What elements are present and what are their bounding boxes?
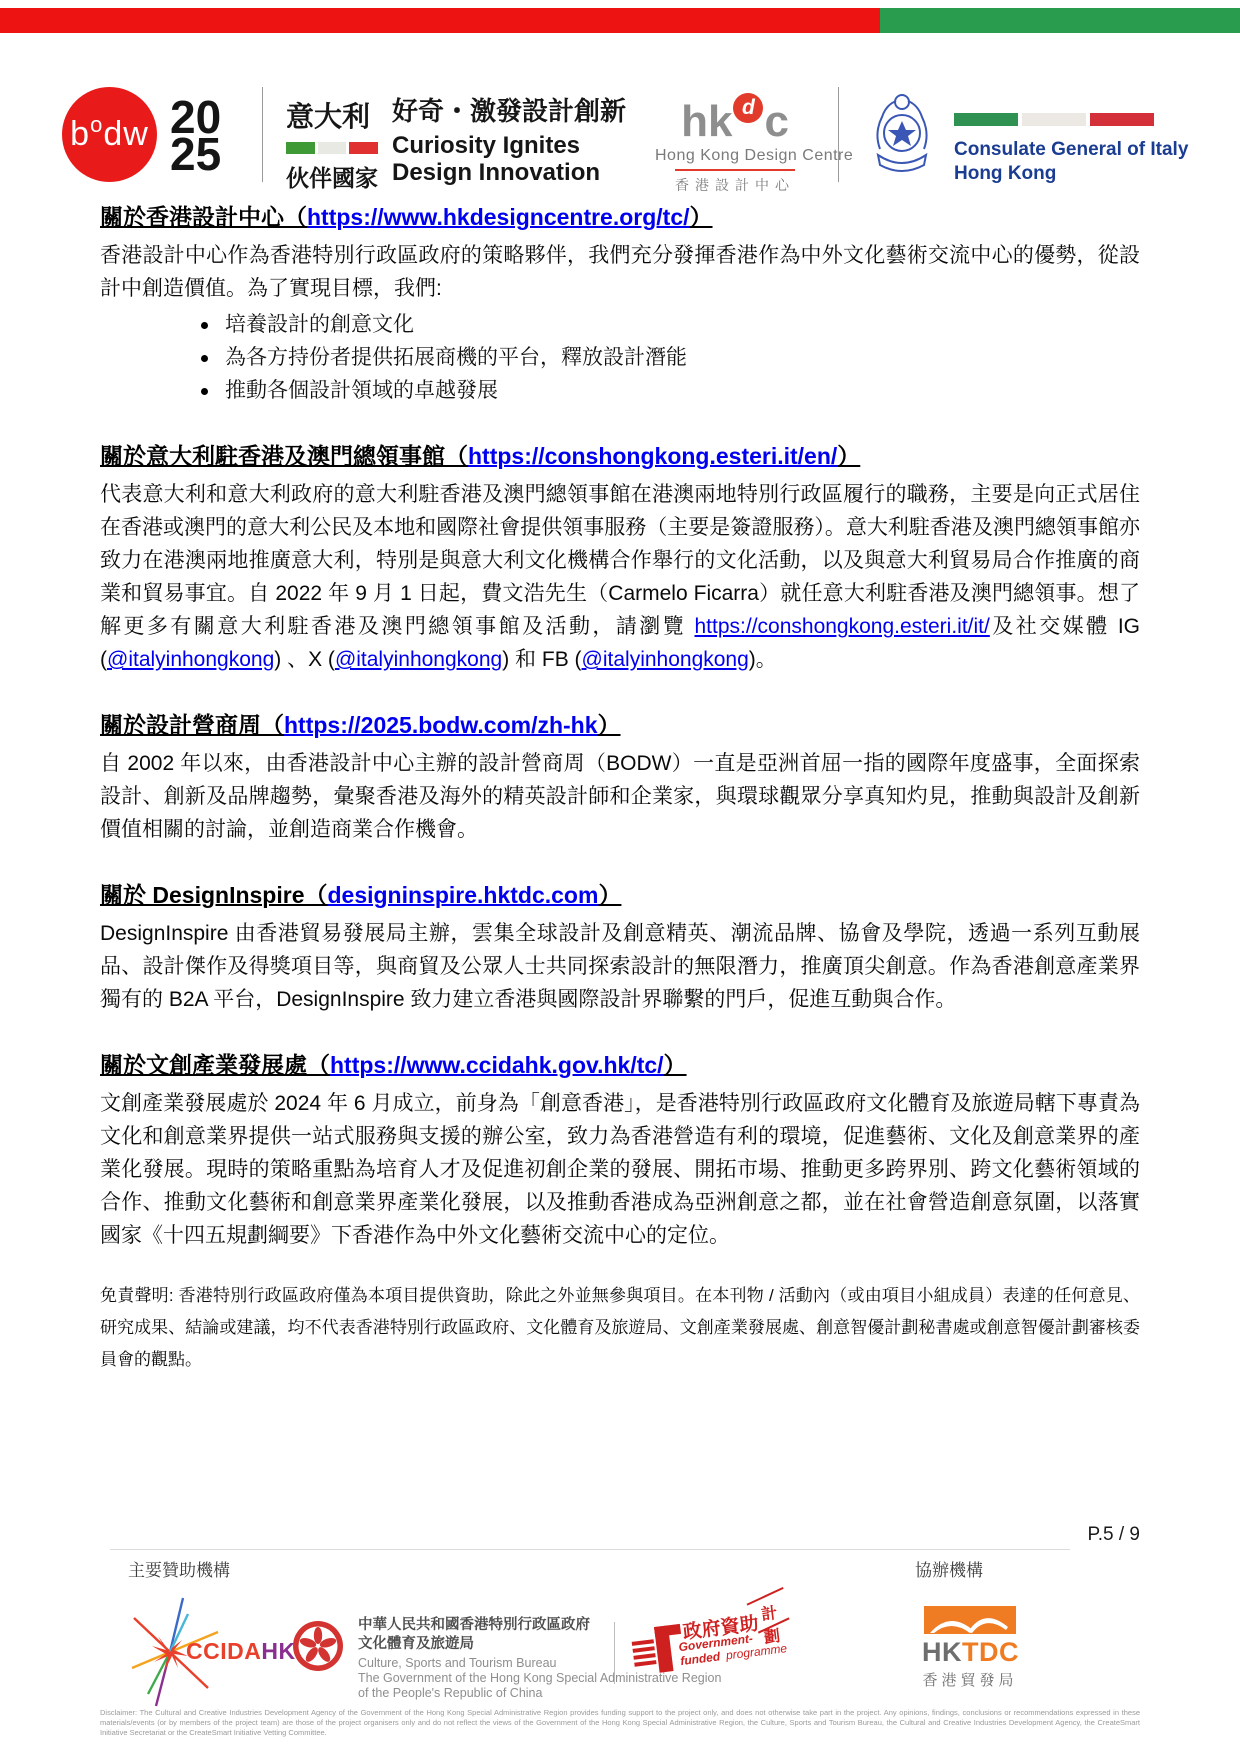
tagline-zh: 好奇・激發設計創新 (392, 91, 626, 128)
bullet-text: 培養設計的創意文化 (225, 308, 414, 341)
english-disclaimer: Disclaimer: The Cultural and Creative In… (100, 1708, 1140, 1738)
bullet-list: 培養設計的創意文化 為各方持份者提供拓展商機的平台，釋放設計潛能 推動各個設計領… (100, 308, 1140, 407)
ccida-wordmark: CCIDAHK (186, 1638, 296, 1665)
consulate-text-block: Consulate General of Italy Hong Kong (954, 89, 1188, 186)
list-item: 為各方持份者提供拓展商機的平台，釋放設計潛能 (100, 341, 1140, 374)
section-heading: 關於設計營商周（https://2025.bodw.com/zh-hk） (100, 710, 1140, 740)
consulate-it-link[interactable]: https://conshongkong.esteri.it/it/ (695, 615, 990, 638)
designinspire-link[interactable]: designinspire.hktdc.com (327, 882, 598, 908)
header-divider (838, 87, 839, 182)
bodw-logo-icon: bodw (62, 87, 157, 182)
bullet-icon (201, 322, 208, 329)
consulate-link[interactable]: https://conshongkong.esteri.it/en/ (468, 443, 837, 469)
consulate-logo: Consulate General of Italy Hong Kong (866, 89, 1188, 186)
section-consulate: 關於意大利駐香港及澳門總領事館（https://conshongkong.est… (100, 441, 1140, 676)
partner-country-label: 伙伴國家 (286, 160, 381, 193)
co-organiser-label: 協辦機構 (915, 1556, 983, 1581)
bodw-year: 20 25 (170, 99, 221, 173)
section-heading: 關於意大利駐香港及澳門總領事館（https://conshongkong.est… (100, 441, 1140, 471)
lead-sponsor-label: 主要贊助機構 (128, 1556, 230, 1581)
chinese-disclaimer: 免責聲明: 香港特別行政區政府僅為本項目提供資助，除此之外並無參與項目。在本刊物… (100, 1280, 1140, 1376)
tagline-en-line2: Design Innovation (392, 159, 626, 186)
section-designinspire: 關於 DesignInspire（designinspire.hktdc.com… (100, 880, 1140, 1016)
flag-red-stripe (1090, 113, 1154, 126)
bullet-icon (201, 355, 208, 362)
section-paragraph: 代表意大利和意大利政府的意大利駐香港及澳門總領事館在港澳兩地特別行政區履行的職務… (100, 478, 1140, 676)
top-color-bar (0, 8, 1240, 33)
section-heading: 關於文創產業發展處（https://www.ccidahk.gov.hk/tc/… (100, 1050, 1140, 1080)
hkdc-d-circle-icon: d (733, 93, 763, 123)
bodw-letters-dw: dw (103, 115, 148, 154)
hktdc-logo: HKTDC 香港貿發局 (922, 1606, 1018, 1690)
italy-flag-icon (954, 113, 1154, 126)
list-item: 培養設計的創意文化 (100, 308, 1140, 341)
ccidahk-logo: CCIDAHK (128, 1596, 303, 1708)
section-paragraph: DesignInspire 由香港貿易發展局主辦，雲集全球設計及創意精英、潮流品… (100, 917, 1140, 1016)
italy-partner-logo: 意大利 伙伴國家 (286, 95, 381, 193)
event-tagline: 好奇・激發設計創新 Curiosity Ignites Design Innov… (392, 91, 626, 186)
hkdc-c-letter: c (764, 97, 788, 146)
section-title: 關於香港設計中心 (100, 204, 284, 230)
main-content: 關於香港設計中心（https://www.hkdesigncentre.org/… (100, 190, 1140, 1376)
hktdc-wings-icon (924, 1606, 1016, 1634)
flag-green-stripe (954, 113, 1018, 126)
section-title: 關於意大利駐香港及澳門總領事館 (100, 443, 445, 469)
consulate-name: Consulate General of Italy Hong Kong (954, 138, 1188, 186)
header-divider (262, 87, 263, 182)
section-title: 關於設計營商周 (100, 712, 261, 738)
section-ccida: 關於文創產業發展處（https://www.ccidahk.gov.hk/tc/… (100, 1050, 1140, 1252)
list-item: 推動各個設計領域的卓越發展 (100, 374, 1140, 407)
section-hkdc: 關於香港設計中心（https://www.hkdesigncentre.org/… (100, 202, 1140, 407)
section-heading: 關於 DesignInspire（designinspire.hktdc.com… (100, 880, 1140, 910)
flag-red-stripe (349, 142, 378, 154)
bodw-letter-b: b (70, 115, 90, 154)
italy-flag-icon (286, 142, 378, 154)
section-paragraph: 文創產業發展處於 2024 年 6 月成立，前身為「創意香港」，是香港特別行政區… (100, 1087, 1140, 1252)
bullet-text: 為各方持份者提供拓展商機的平台，釋放設計潛能 (225, 341, 687, 374)
hkdc-hk-letters: hk (681, 97, 732, 146)
page-header: bodw 20 25 意大利 伙伴國家 好奇・激發設計創新 Curiosity … (0, 85, 1240, 190)
section-paragraph: 自 2002 年以來，由香港設計中心主辦的設計營商周（BODW）一直是亞洲首屈一… (100, 747, 1140, 846)
instagram-handle-link[interactable]: @italyinhongkong (107, 648, 274, 671)
bodw-link[interactable]: https://2025.bodw.com/zh-hk (284, 712, 598, 738)
hktdc-wordmark: HKTDC (922, 1637, 1018, 1667)
hkdc-name-en: Hong Kong Design Centre (655, 147, 815, 165)
facebook-handle-link[interactable]: @italyinhongkong (582, 648, 749, 671)
footer-divider-line (110, 1549, 1070, 1550)
x-handle-link[interactable]: @italyinhongkong (335, 648, 502, 671)
tagline-en-line1: Curiosity Ignites (392, 132, 626, 159)
hktdc-name-zh: 香港貿發局 (922, 1669, 1018, 1690)
consulate-emblem-icon (866, 89, 938, 181)
italy-name: 意大利 (286, 95, 381, 135)
flag-white-stripe (318, 142, 347, 154)
top-bar-green-segment (880, 8, 1240, 33)
consulate-name-line2: Hong Kong (954, 162, 1188, 186)
funded-building-icon (632, 1639, 657, 1669)
flag-green-stripe (286, 142, 315, 154)
top-bar-red-segment (0, 8, 880, 33)
ccida-link[interactable]: https://www.ccidahk.gov.hk/tc/ (330, 1052, 664, 1078)
hksar-emblem-icon (292, 1620, 344, 1672)
page-number: P.5 / 9 (1088, 1524, 1140, 1546)
bodw-year-bottom: 25 (170, 136, 221, 173)
hkdc-d-letter: d (742, 96, 755, 119)
section-title: 關於文創產業發展處 (100, 1052, 307, 1078)
bullet-icon (201, 388, 208, 395)
document-page: { "colors": { "bar_red": "#ee1313", "bar… (0, 0, 1240, 1755)
footer-logo-divider (614, 1622, 615, 1684)
flag-white-stripe (1022, 113, 1086, 126)
bodw-letter-o: o (90, 112, 103, 138)
bullet-text: 推動各個設計領域的卓越發展 (225, 374, 498, 407)
section-heading: 關於香港設計中心（https://www.hkdesigncentre.org/… (100, 202, 1140, 232)
hkdc-wordmark: hkdc (655, 85, 815, 145)
section-title: 關於 DesignInspire (100, 882, 304, 908)
section-bodw: 關於設計營商周（https://2025.bodw.com/zh-hk） 自 2… (100, 710, 1140, 846)
hkdc-link[interactable]: https://www.hkdesigncentre.org/tc/ (307, 204, 690, 230)
consulate-name-line1: Consulate General of Italy (954, 138, 1188, 162)
section-paragraph: 香港設計中心作為香港特別行政區政府的策略夥伴，我們充分發揮香港作為中外文化藝術交… (100, 239, 1140, 305)
hkdc-logo: hkdc Hong Kong Design Centre 香港設計中心 (655, 85, 815, 195)
